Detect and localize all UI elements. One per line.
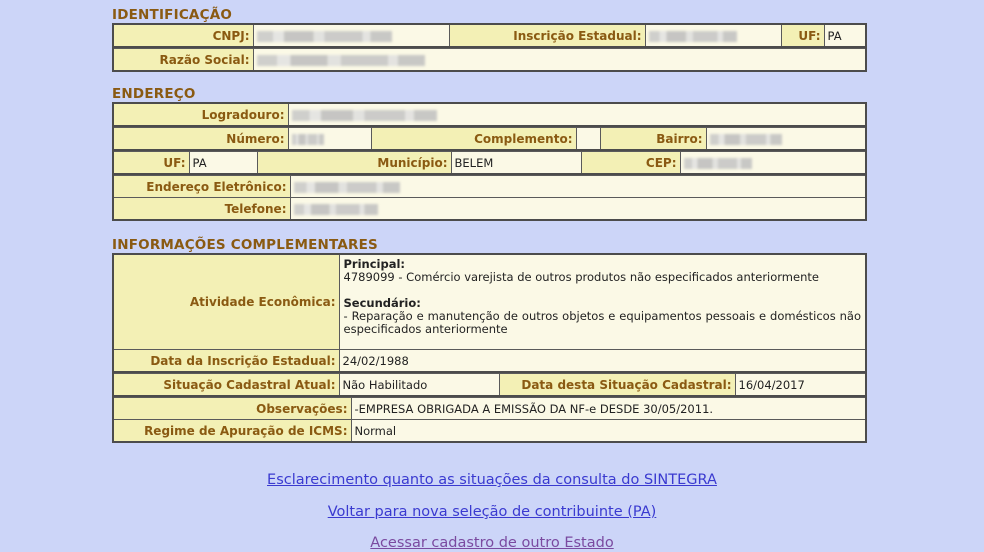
section-title-endereco: ENDEREÇO <box>112 86 867 102</box>
principal-label: Principal: <box>344 257 406 271</box>
section-title-complementares: INFORMAÇÕES COMPLEMENTARES <box>112 237 867 253</box>
data-inscricao-value: 24/02/1988 <box>339 350 866 373</box>
table-row: Logradouro: <box>113 103 866 126</box>
redacted-value <box>257 55 425 66</box>
complemento-label: Complemento: <box>371 128 576 151</box>
table-row: Data da Inscrição Estadual: 24/02/1988 <box>113 350 866 373</box>
telefone-label: Telefone: <box>113 198 290 221</box>
email-value <box>290 176 866 198</box>
observacoes-label: Observações: <box>113 398 351 420</box>
logradouro-label: Logradouro: <box>113 103 288 126</box>
sintegra-result: IDENTIFICAÇÃO CNPJ: Inscrição Estadual: … <box>112 0 867 443</box>
uf-value: PA <box>824 24 866 47</box>
ie-value <box>645 24 781 47</box>
regime-label: Regime de Apuração de ICMS: <box>113 420 351 443</box>
logradouro-value <box>288 103 866 126</box>
bairro-value <box>706 128 866 151</box>
table-row: Regime de Apuração de ICMS: Normal <box>113 420 866 443</box>
table-row: CNPJ: Inscrição Estadual: UF: PA <box>113 24 866 47</box>
atividade-label: Atividade Econômica: <box>113 254 339 350</box>
redacted-value <box>294 204 378 215</box>
outro-estado-link[interactable]: Acessar cadastro de outro Estado <box>370 535 613 551</box>
observacoes-table: Observações: -EMPRESA OBRIGADA A EMISSÃO… <box>112 397 867 443</box>
telefone-value <box>290 198 866 221</box>
identificacao-table: CNPJ: Inscrição Estadual: UF: PA <box>112 23 867 48</box>
table-row: Observações: -EMPRESA OBRIGADA A EMISSÃO… <box>113 398 866 420</box>
redacted-value <box>292 134 324 145</box>
redacted-value <box>684 158 752 169</box>
data-inscricao-label: Data da Inscrição Estadual: <box>113 350 339 373</box>
table-row: Situação Cadastral Atual: Não Habilitado… <box>113 374 866 397</box>
regime-value: Normal <box>351 420 866 443</box>
uf-label: UF: <box>781 24 824 47</box>
municipio-value: BELEM <box>451 152 581 175</box>
secundario-label: Secundário: <box>344 296 421 310</box>
data-situacao-value: 16/04/2017 <box>735 374 866 397</box>
secundario-value: - Reparação e manutenção de outros objet… <box>344 310 862 336</box>
situacao-table: Situação Cadastral Atual: Não Habilitado… <box>112 373 867 397</box>
table-row: Número: Complemento: Bairro: <box>113 128 866 151</box>
esclarecimento-link[interactable]: Esclarecimento quanto as situações da co… <box>267 472 717 488</box>
section-title-identificacao: IDENTIFICAÇÃO <box>112 7 867 23</box>
table-row: Razão Social: <box>113 49 866 72</box>
numero-label: Número: <box>113 128 288 151</box>
principal-value: 4789099 - Comércio varejista de outros p… <box>344 270 819 284</box>
voltar-link[interactable]: Voltar para nova seleção de contribuinte… <box>328 504 657 520</box>
logradouro-table: Logradouro: <box>112 102 867 127</box>
link-row: Voltar para nova seleção de contribuinte… <box>0 504 984 520</box>
uf-label: UF: <box>113 152 189 175</box>
cep-label: CEP: <box>581 152 680 175</box>
email-label: Endereço Eletrônico: <box>113 176 290 198</box>
cep-value <box>680 152 866 175</box>
numero-table: Número: Complemento: Bairro: <box>112 127 867 151</box>
table-row: Telefone: <box>113 198 866 221</box>
municipio-label: Município: <box>257 152 451 175</box>
complemento-value <box>576 128 600 151</box>
link-row: Esclarecimento quanto as situações da co… <box>0 472 984 488</box>
table-row: Endereço Eletrônico: <box>113 176 866 198</box>
cnpj-value <box>253 24 449 47</box>
contato-table: Endereço Eletrônico: Telefone: <box>112 175 867 221</box>
bairro-label: Bairro: <box>600 128 706 151</box>
uf-value: PA <box>189 152 257 175</box>
data-situacao-label: Data desta Situação Cadastral: <box>499 374 735 397</box>
uf-municipio-table: UF: PA Município: BELEM CEP: <box>112 151 867 175</box>
redacted-value <box>292 110 437 121</box>
observacoes-value: -EMPRESA OBRIGADA A EMISSÃO DA NF-e DESD… <box>351 398 866 420</box>
redacted-value <box>649 31 737 42</box>
table-row: UF: PA Município: BELEM CEP: <box>113 152 866 175</box>
table-row: Atividade Econômica: Principal: 4789099 … <box>113 254 866 350</box>
razao-table: Razão Social: <box>112 48 867 72</box>
redacted-value <box>710 134 782 145</box>
redacted-value <box>294 182 400 193</box>
razao-social-label: Razão Social: <box>113 49 253 72</box>
numero-value <box>288 128 371 151</box>
redacted-value <box>257 31 392 42</box>
situacao-label: Situação Cadastral Atual: <box>113 374 339 397</box>
cnpj-label: CNPJ: <box>113 24 253 47</box>
atividade-value: Principal: 4789099 - Comércio varejista … <box>339 254 866 350</box>
link-row: Acessar cadastro de outro Estado <box>0 535 984 551</box>
atividade-table: Atividade Econômica: Principal: 4789099 … <box>112 253 867 373</box>
razao-social-value <box>253 49 866 72</box>
situacao-value: Não Habilitado <box>339 374 499 397</box>
ie-label: Inscrição Estadual: <box>449 24 645 47</box>
